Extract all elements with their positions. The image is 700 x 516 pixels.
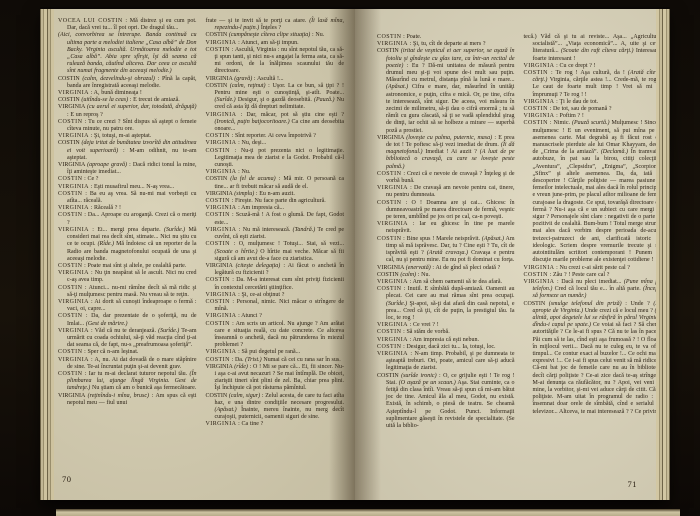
dialogue-paragraph: VIRGINIA : Nu ţin neapărat să le ascult.… [58, 270, 197, 284]
dialogue-paragraph: VIRGINIA (rîde) : O ! Mi se pare că... E… [206, 364, 345, 393]
dialogue-paragraph: COSTIN (la fel de acuma) : Mă mir. O per… [206, 176, 345, 190]
dialogue-paragraph: COSTIN : Tu ce crezi ? Sînt dispus să aş… [58, 119, 197, 133]
dialogue-paragraph: COSTIN : Poate. [377, 34, 515, 41]
dialogue-paragraph: tecă.) Văd că şi tu ai reviste... Aşa...… [524, 34, 662, 63]
dialogue-paragraph: VIRGINIA : Iar eu ghicesc în tine pe mar… [377, 221, 515, 235]
dialogue-paragraph: COSTIN (calm, dezvelindu-şi obrazul) : P… [58, 76, 197, 90]
page-left-body: VOCEA LUI COSTIN : Mă distrez şi eu cum … [40, 9, 355, 429]
dialogue-paragraph: COSTIN : Sînt reporter. Ai ceva împotriv… [206, 133, 345, 140]
dialogue-paragraph: VIRGINIA : De cravaşă am nevoie pentru c… [377, 185, 515, 199]
dialogue-paragraph: COSTIN : Da. (Trist.) Numai că cei cu ra… [206, 357, 345, 364]
dialogue-paragraph: VOCEA LUI COSTIN : Mă distrez şi eu cum … [58, 18, 197, 32]
page-number-right: 71 [628, 479, 638, 489]
dialogue-paragraph: VIRGINIA : Am impresia că eşti nebun. [377, 337, 515, 344]
dialogue-paragraph: COSTIN : Inutil. E sîmbătă după-amiază. … [377, 286, 515, 322]
text-column-2: frate — şi te invit să te porţi ca atare… [206, 18, 345, 429]
dialogue-paragraph: COSTIN : Nimic. (Pauză scurtă.) Mulţumes… [524, 120, 662, 264]
dialogue-paragraph: VIRGINIA : Văd că nu te deranjează. (Sur… [58, 328, 197, 350]
dialogue-paragraph: COSTIN : Am scris un articol. Nu ajunge … [206, 321, 345, 350]
dialogue-paragraph: COSTIN : Scuză-mă ! A fost o glumă. De f… [206, 212, 345, 226]
dialogue-paragraph: VIRGINIA : Şi, ce-ai obţinut ? [206, 292, 345, 299]
dialogue-paragraph: VIRGINIA : A, nu. Ai dat dovadă de o mar… [58, 357, 197, 371]
dialogue-paragraph: COSTIN : Da. M-a interesat cum sînt priv… [206, 277, 345, 291]
dialogue-paragraph: COSTIN : Personal, nimic. Nici măcar o s… [206, 299, 345, 313]
page-fore-edge-left [40, 9, 54, 500]
dialogue-paragraph: VIRGINIA : Atunci ? [206, 313, 345, 320]
dialogue-paragraph: COSTIN : Poate mai sînt şi altele, pe ce… [58, 263, 197, 270]
dialogue-paragraph: (Aici, convorbirea se întrerupe. Banda c… [58, 32, 197, 75]
dialogue-paragraph: VIRGINIA : Ce vrei ? ! [377, 322, 515, 329]
dialogue-paragraph: VIRGINIA : Să pui degetul pe rană... [206, 349, 345, 356]
dialogue-paragraph: COSTIN (iritat de veşnicul ei aer superi… [377, 48, 515, 134]
dialogue-paragraph: COSTIN (deja iritat de bunătatea izvorît… [58, 140, 197, 162]
dialogue-paragraph: VIRGINIA (citeşte delegaţia) : Ai făcut … [206, 263, 345, 277]
dialogue-paragraph: COSTIN : O, mulţumesc ! Totuşi... Stai, … [206, 241, 345, 263]
book-spread: VOCEA LUI COSTIN : Mă distrez şi eu cum … [40, 7, 670, 500]
book-bottom-edge [56, 509, 680, 516]
page-left: VOCEA LUI COSTIN : Mă distrez şi eu cum … [40, 9, 355, 500]
dialogue-paragraph: COSTIN : Da... Aproape cu aroganţă. Crez… [58, 212, 197, 226]
dialogue-paragraph: frate — şi te invit să te porţi ca atare… [206, 18, 345, 32]
dialogue-paragraph: COSTIN : Da, dar prezentate de o şoferiţ… [58, 313, 197, 327]
dialogue-paragraph: COSTIN : Crezi că e nevoie de cravaşă ? … [377, 171, 515, 185]
dialogue-paragraph: VIRGINIA (enervată) : Ai de gînd să plec… [377, 265, 515, 272]
dialogue-paragraph: COSTIN : Te rog ! Aşa cultură, da ! (Ara… [524, 70, 662, 99]
dialogue-paragraph: COSTIN : Fireşte. Nu face parte din agri… [206, 198, 345, 205]
dialogue-paragraph: COSTIN (smulge telefonul din priză) : Un… [524, 301, 662, 416]
dialogue-paragraph: COSTIN : Atunci... nu-mi rămîne decît să… [58, 285, 197, 299]
dialogue-paragraph: VIRGINIA : Ai dorit să cunoşti îndeaproa… [58, 299, 197, 313]
page-right-body: COSTIN : Poate.VIRGINIA : Şi, tu, cît de… [355, 9, 670, 430]
dialogue-paragraph: COSTIN : O ! Doamna are şi cai... Ghices… [377, 200, 515, 222]
dialogue-paragraph: VIRGINIA : Atunci, am să-ţi impun. [206, 40, 345, 47]
dialogue-paragraph: COSTIN : Bine spus ! Marele neisprăvit. … [377, 236, 515, 265]
dialogue-paragraph: COSTIN (calm, sigur) : Zelul acesta, de … [206, 393, 345, 422]
dialogue-paragraph: VIRGINIA : Dacă nu pleci imediat... (Pun… [524, 279, 662, 301]
dialogue-paragraph: VIRGINIA : Nu, deşi... [206, 140, 345, 147]
dialogue-paragraph: COSTIN : Nu-ţi pot prezenta nici o legit… [206, 148, 345, 170]
dialogue-paragraph: COSTIN : Sper că n-am leşinat. [58, 349, 197, 356]
dialogue-paragraph: COSTIN : Ce ? [58, 176, 197, 183]
dialogue-paragraph: COSTIN (calm, reţinut) : Uşor. La ce bun… [206, 83, 345, 112]
text-column-3: COSTIN : Poate.VIRGINIA : Şi, tu, cît de… [377, 34, 515, 430]
dialogue-paragraph: VIRGINIA : Ei... mergi prea departe. (Su… [58, 227, 197, 263]
dialogue-paragraph: VIRGINIA (reţinîndu-i mîna, brusc) : Am … [58, 393, 197, 407]
dialogue-paragraph: COSTIN (cumpăneşte cîteva clipe situaţia… [206, 32, 345, 39]
page-fore-edge-right [656, 9, 670, 500]
dialogue-paragraph: VIRGINIA : Ţi le dau de tot. [524, 99, 662, 106]
dialogue-paragraph: COSTIN : Desigur, dacă zici tu... Ia, to… [377, 344, 515, 351]
dialogue-paragraph: COSTIN (calm) : Nu. [377, 272, 515, 279]
dialogue-paragraph: COSTIN : Iar tu m-ai declarat tuturor ne… [58, 371, 197, 393]
dialogue-paragraph: COSTIN : Ba eu aş vrea. Să nu-mi mai vor… [58, 191, 197, 205]
dialogue-paragraph: COSTIN (surîde ironic) : O, ce grijulie … [377, 373, 515, 431]
dialogue-paragraph: VIRGINIA (aproape gravă) : Dacă ridici t… [58, 162, 197, 176]
dialogue-paragraph: VIRGINIA : Nu mă interesează. (Tandră.) … [206, 227, 345, 241]
dialogue-paragraph: COSTIN : Ascultă, Virginia : nu sînt nep… [206, 47, 345, 76]
text-column-4: tecă.) Văd că şi tu ai reviste... Aşa...… [524, 34, 662, 430]
scanned-book-photo: VOCEA LUI COSTIN : Mă distrez şi eu cum … [0, 0, 700, 516]
dialogue-paragraph: COSTIN : Zău ? ! Peste care cal ? [524, 272, 662, 279]
dialogue-paragraph: VIRGINIA (cu aerul ei superior, dar, tot… [58, 104, 197, 118]
dialogue-paragraph: VIRGINIA (loveşte cu palma, puternic, ma… [377, 135, 515, 171]
dialogue-paragraph: VIRGINIA : Am să chem oamenii să te dea … [377, 279, 515, 286]
page-number-left: 70 [62, 474, 72, 484]
dialogue-paragraph: VIRGINIA (simplu) : Eu n-am auzit. [206, 191, 345, 198]
dialogue-paragraph: VIRGINIA : Dar, măcar, pot să ştiu cine … [206, 112, 345, 134]
dialogue-paragraph: VIRGINIA : Răceală ? ! [58, 205, 197, 212]
dialogue-paragraph: VIRGINIA : Ca tine ? [206, 421, 345, 428]
dialogue-paragraph: VIRGINIA : N-am timp. Probabil, şi pe du… [377, 351, 515, 373]
dialogue-paragraph: VIRGINIA (gravă) : Ascultă !... [206, 76, 345, 83]
page-right: COSTIN : Poate.VIRGINIA : Şi, tu, cît de… [355, 9, 670, 500]
text-column-1: VOCEA LUI COSTIN : Mă distrez şi eu cum … [58, 18, 197, 429]
dialogue-paragraph: VIRGINIA : Nu crezi c-ai sărit peste cal… [524, 265, 662, 272]
dialogue-paragraph: VIRGINIA : Eşti musafirul meu... N-aş vr… [58, 184, 197, 191]
dialogue-paragraph: COSTIN : Să stăm de vorbă. [377, 329, 515, 336]
dialogue-paragraph: VIRGINIA : Cu ce drept ? ! [524, 63, 662, 70]
